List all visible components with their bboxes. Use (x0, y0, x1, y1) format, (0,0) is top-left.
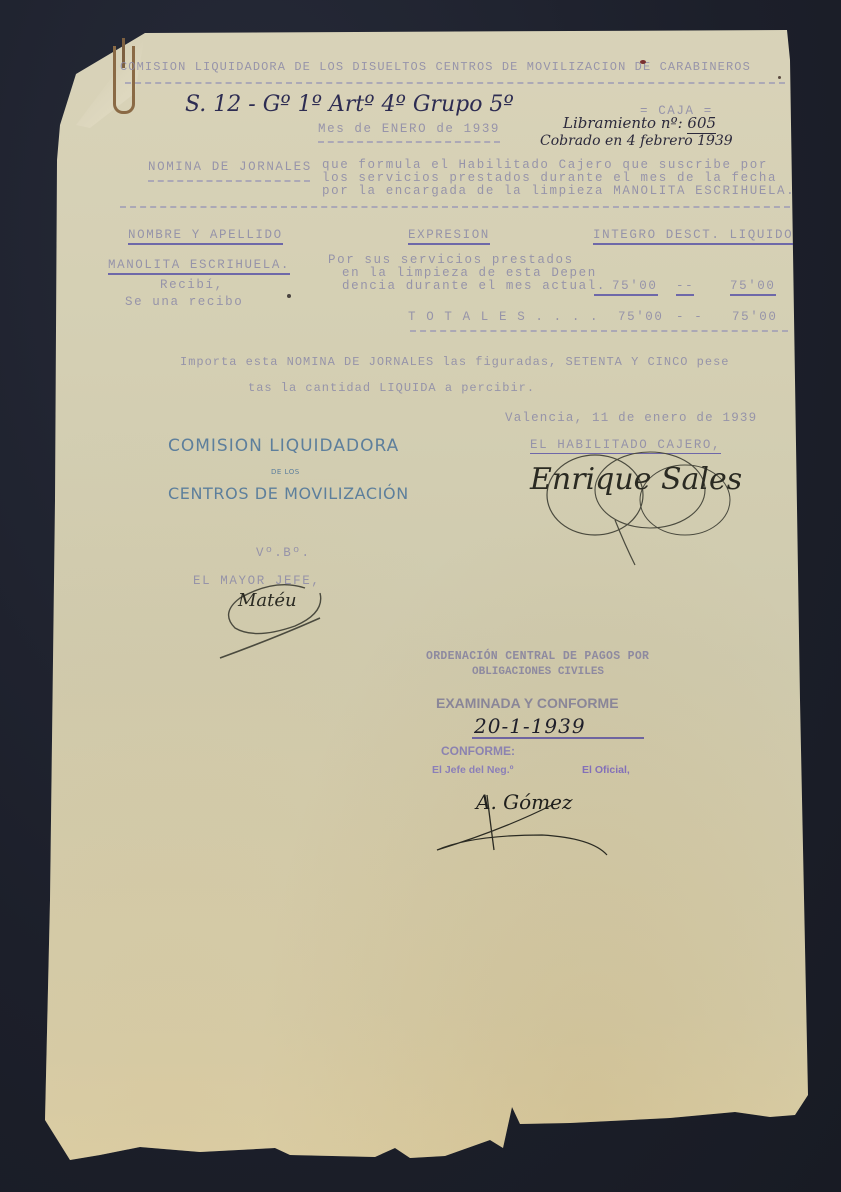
row-descuento: -- (676, 279, 694, 293)
gomez-signature-text: A. Gómez (476, 790, 573, 814)
stamp-ordenacion-line-2: OBLIGACIONES CIVILES (472, 666, 604, 678)
month-line: Mes de ENERO de 1939 (318, 122, 500, 136)
stamp-jefe-negociado: El Jefe del Neg.º (432, 764, 513, 776)
libramiento: Libramiento nº: 605 (563, 114, 716, 132)
ink-stain (640, 60, 646, 64)
totals-descuento: - - (676, 310, 703, 324)
totals-divider (410, 330, 788, 332)
letterhead: COMISION LIQUIDADORA DE LOS DISUELTOS CE… (120, 60, 751, 74)
nomina-title-underline (148, 180, 310, 182)
row-liquido: 75'00 (730, 279, 776, 293)
libramiento-label: Libramiento nº: (563, 114, 683, 132)
row-name: MANOLITA ESCRIHUELA. (108, 258, 290, 272)
handwritten-reference: S. 12 - Gº 1º Artº 4º Grupo 5º (185, 92, 514, 117)
recibi-label: Recibí, (160, 278, 224, 292)
nomina-description: que formula el Habilitado Cajero que sus… (322, 159, 795, 198)
place-date: Valencia, 11 de enero de 1939 (505, 411, 757, 425)
header-expression-label: EXPRESION (408, 228, 490, 245)
row-descuento-value: -- (676, 279, 694, 296)
stamp-commission-line-3: CENTROS DE MOVILIZACIÓN (168, 484, 409, 503)
expression-line-3: dencia durante el mes actual. (328, 280, 606, 293)
row-liquido-value: 75'00 (730, 279, 776, 296)
totals-integro: 75'00 (618, 310, 664, 324)
stamp-date-line (472, 737, 644, 739)
mayor-signature-text: Matéu (238, 590, 297, 611)
importe-line-1: Importa esta NOMINA DE JORNALES las figu… (180, 355, 729, 369)
stamp-ordenacion-line-1: ORDENACIÓN CENTRAL DE PAGOS POR (426, 650, 649, 663)
stamp-commission-line-1: COMISION LIQUIDADORA (168, 436, 399, 456)
row-integro-value: 75'00 (594, 279, 658, 296)
stamp-commission-line-2: DE LOS (271, 468, 300, 476)
expression-line-3-text: dencia durante el mes actual. (342, 279, 606, 293)
ruego-label: Se una recibo (125, 295, 243, 309)
nomina-line-3: por la encargada de la limpieza MANOLITA… (322, 185, 795, 198)
stamp-examinada: EXAMINADA Y CONFORME (436, 695, 619, 711)
letterhead-divider (125, 82, 785, 84)
header-name: NOMBRE Y APELLIDO (128, 228, 283, 242)
vobo-label: Vº.Bº. (256, 546, 311, 560)
totals-label: T O T A L E S . . . . (408, 310, 599, 324)
habilitado-signature-text: Enrique Sales (530, 462, 742, 497)
header-amounts-label: INTEGRO DESCT. LIQUIDO (593, 228, 793, 245)
libramiento-number: 605 (687, 114, 716, 134)
cobrado-line: Cobrado en 4 febrero 1939 (540, 133, 733, 149)
header-name-label: NOMBRE Y APELLIDO (128, 228, 283, 245)
stamp-handwritten-date: 20-1-1939 (474, 714, 586, 738)
row-name-label: MANOLITA ESCRIHUELA. (108, 258, 290, 275)
row-expression: Por sus servicios prestados en la limpie… (328, 254, 606, 293)
row-integro: 75'00 (594, 279, 658, 293)
importe-line-2: tas la cantidad LIQUIDA a percibir. (248, 381, 535, 395)
month-divider (318, 141, 500, 143)
header-divider (120, 206, 790, 208)
header-expression: EXPRESION (408, 228, 490, 242)
header-amounts: INTEGRO DESCT. LIQUIDO (593, 228, 793, 242)
nomina-title: NOMINA DE JORNALES (148, 160, 312, 174)
paperclip-icon (113, 46, 135, 114)
stamp-oficial: El Oficial, (582, 764, 630, 776)
ink-speck (287, 294, 291, 298)
ink-speck (778, 76, 781, 79)
totals-liquido: 75'00 (732, 310, 778, 324)
stamp-conforme: CONFORME: (441, 744, 515, 758)
